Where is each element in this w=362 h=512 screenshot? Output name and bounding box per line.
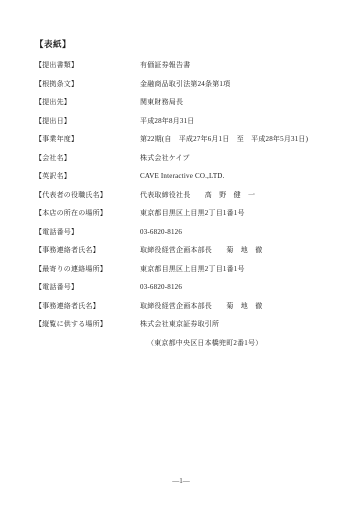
field-row-submitted-document: 【提出書類】 有価証券報告書	[35, 62, 340, 70]
field-row-nearest-contact-place: 【最寄りの連絡場所】 東京都目黒区上目黒2丁目1番1号	[35, 266, 340, 274]
field-label: 【会社名】	[35, 155, 140, 163]
field-row-english-name: 【英訳名】 CAVE Interactive CO.,LTD.	[35, 173, 340, 181]
field-row-phone-number-2: 【電話番号】 03-6820-8126	[35, 284, 340, 292]
field-value: 東京都目黒区上目黒2丁目1番1号	[140, 266, 340, 274]
field-label: 【根拠条文】	[35, 81, 140, 89]
field-label: 【電話番号】	[35, 229, 140, 237]
field-label: 【最寄りの連絡場所】	[35, 266, 140, 274]
field-label: 【代表者の役職氏名】	[35, 192, 140, 200]
field-value: 東京都目黒区上目黒2丁目1番1号	[140, 210, 340, 218]
field-value: 取締役経営企画本部長 菊 地 徹	[140, 303, 340, 311]
field-label: 【提出書類】	[35, 62, 140, 70]
field-row-public-inspection-address: （東京都中央区日本橋兜町2番1号）	[35, 340, 340, 348]
field-value: 関東財務局長	[140, 99, 340, 107]
field-label: 【縦覧に供する場所】	[35, 321, 140, 329]
field-row-submitted-to: 【提出先】 関東財務局長	[35, 99, 340, 107]
field-value: 取締役経営企画本部長 菊 地 徹	[140, 247, 340, 255]
field-value: 平成28年8月31日	[140, 118, 340, 126]
field-label: 【英訳名】	[35, 173, 140, 181]
field-row-submission-date: 【提出日】 平成28年8月31日	[35, 118, 340, 126]
field-value: 金融商品取引法第24条第1項	[140, 81, 340, 89]
field-row-company-name: 【会社名】 株式会社ケイブ	[35, 155, 340, 163]
field-row-contact-person-1: 【事務連絡者氏名】 取締役経営企画本部長 菊 地 徹	[35, 247, 340, 255]
field-label: 【事務連絡者氏名】	[35, 303, 140, 311]
page-number: ―1―	[0, 477, 362, 485]
document-page: 【表紙】 【提出書類】 有価証券報告書 【根拠条文】 金融商品取引法第24条第1…	[0, 0, 362, 512]
field-row-public-inspection-place: 【縦覧に供する場所】 株式会社東京証券取引所	[35, 321, 340, 329]
field-value: 03-6820-8126	[140, 229, 340, 237]
field-value: 第22期(自 平成27年6月1日 至 平成28年5月31日)	[140, 136, 340, 144]
field-row-phone-number-1: 【電話番号】 03-6820-8126	[35, 229, 340, 237]
field-label: 【電話番号】	[35, 284, 140, 292]
cover-page-content: 【表紙】 【提出書類】 有価証券報告書 【根拠条文】 金融商品取引法第24条第1…	[35, 38, 340, 358]
field-value-continuation: （東京都中央区日本橋兜町2番1号）	[140, 340, 340, 348]
field-label: 【提出日】	[35, 118, 140, 126]
field-row-representative: 【代表者の役職氏名】 代表取締役社長 高 野 健 一	[35, 192, 340, 200]
field-row-fiscal-year: 【事業年度】 第22期(自 平成27年6月1日 至 平成28年5月31日)	[35, 136, 340, 144]
field-value: 株式会社東京証券取引所	[140, 321, 340, 329]
page-title: 【表紙】	[35, 38, 340, 50]
field-label: 【本店の所在の場所】	[35, 210, 140, 218]
field-value: 代表取締役社長 高 野 健 一	[140, 192, 340, 200]
field-label: 【事務連絡者氏名】	[35, 247, 140, 255]
field-row-contact-person-2: 【事務連絡者氏名】 取締役経営企画本部長 菊 地 徹	[35, 303, 340, 311]
field-label: 【事業年度】	[35, 136, 140, 144]
field-row-head-office: 【本店の所在の場所】 東京都目黒区上目黒2丁目1番1号	[35, 210, 340, 218]
field-value: CAVE Interactive CO.,LTD.	[140, 173, 340, 181]
field-value: 株式会社ケイブ	[140, 155, 340, 163]
field-value: 有価証券報告書	[140, 62, 340, 70]
field-label: 【提出先】	[35, 99, 140, 107]
field-value: 03-6820-8126	[140, 284, 340, 292]
field-row-legal-basis: 【根拠条文】 金融商品取引法第24条第1項	[35, 81, 340, 89]
